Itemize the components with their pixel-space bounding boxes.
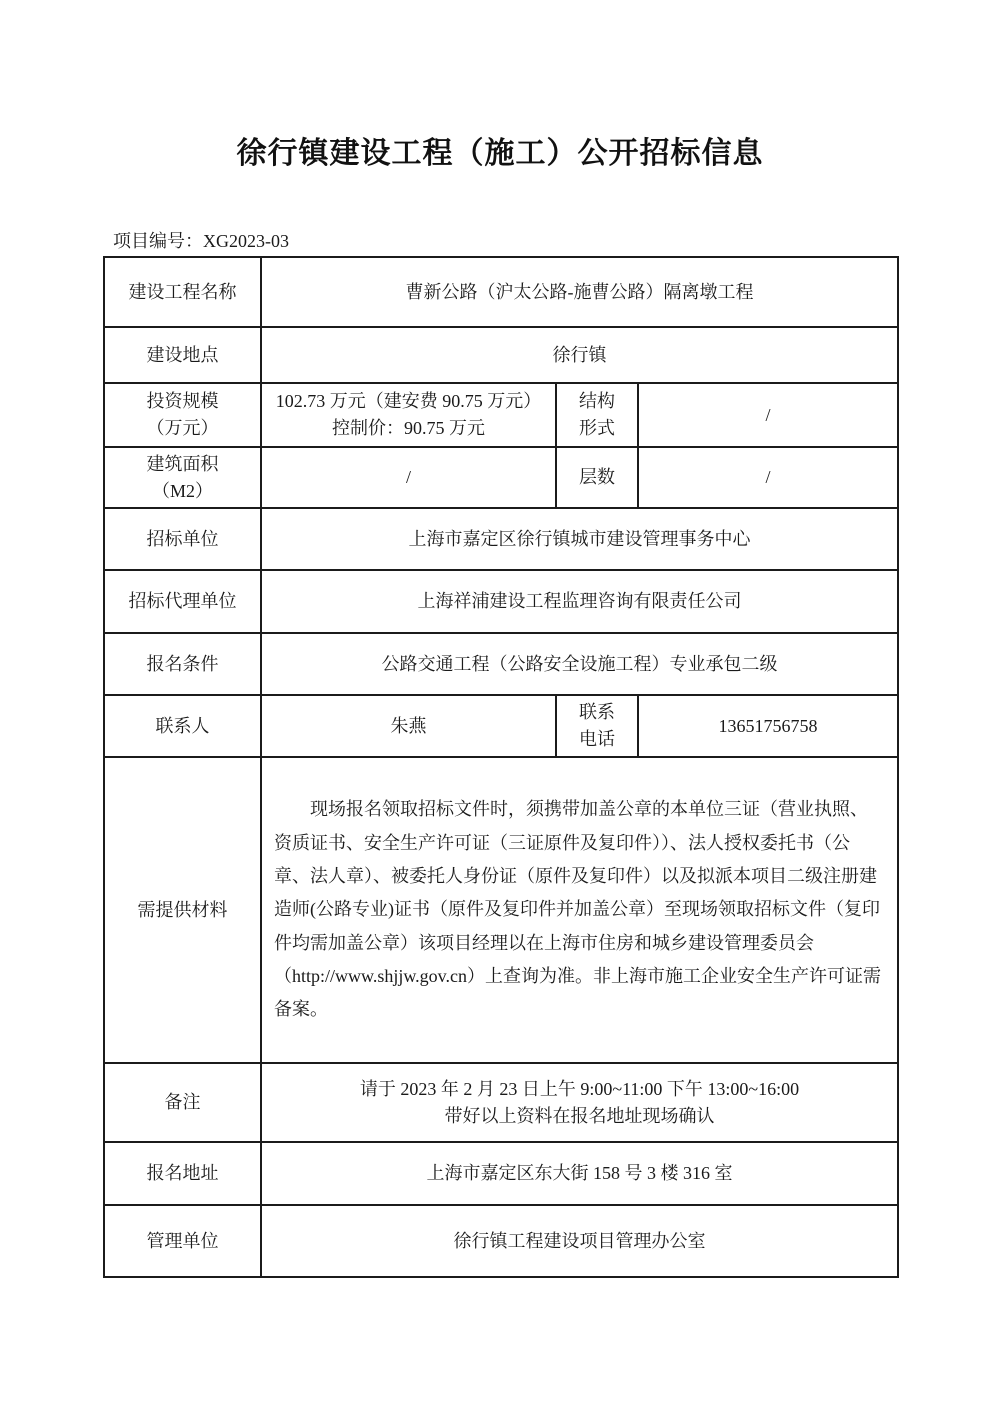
document-page: 徐行镇建设工程（施工）公开招标信息 项目编号：XG2023-03 建设工程名称 … — [0, 0, 1000, 1414]
label-floors: 层数 — [556, 447, 638, 508]
value-location: 徐行镇 — [261, 327, 898, 383]
label-structure-type: 结构 形式 — [556, 383, 638, 447]
label-management-unit: 管理单位 — [104, 1205, 261, 1277]
label-location: 建设地点 — [104, 327, 261, 383]
value-floor-area: / — [261, 447, 556, 508]
table-row-management-unit: 管理单位 徐行镇工程建设项目管理办公室 — [104, 1205, 898, 1277]
label-project-name: 建设工程名称 — [104, 257, 261, 327]
value-tendering-agency: 上海祥浦建设工程监理咨询有限责任公司 — [261, 570, 898, 633]
value-tendering-unit: 上海市嘉定区徐行镇城市建设管理事务中心 — [261, 508, 898, 570]
label-registration-condition: 报名条件 — [104, 633, 261, 695]
value-management-unit: 徐行镇工程建设项目管理办公室 — [261, 1205, 898, 1277]
required-materials-text: 现场报名领取招标文件时，须携带加盖公章的本单位三证（营业执照、资质证书、安全生产… — [274, 793, 885, 1026]
value-required-materials: 现场报名领取招标文件时，须携带加盖公章的本单位三证（营业执照、资质证书、安全生产… — [261, 757, 898, 1063]
table-row-floor-area: 建筑面积 （M2） / 层数 / — [104, 447, 898, 508]
label-remarks: 备注 — [104, 1063, 261, 1142]
label-tendering-unit: 招标单位 — [104, 508, 261, 570]
table-row-remarks: 备注 请于 2023 年 2 月 23 日上午 9:00~11:00 下午 13… — [104, 1063, 898, 1142]
label-investment: 投资规模 （万元） — [104, 383, 261, 447]
value-project-name: 曹新公路（沪太公路-施曹公路）隔离墩工程 — [261, 257, 898, 327]
label-registration-address: 报名地址 — [104, 1142, 261, 1205]
label-contact-person: 联系人 — [104, 695, 261, 757]
table-row-investment: 投资规模 （万元） 102.73 万元（建安费 90.75 万元） 控制价：90… — [104, 383, 898, 447]
table-row-location: 建设地点 徐行镇 — [104, 327, 898, 383]
table-row-required-materials: 需提供材料 现场报名领取招标文件时，须携带加盖公章的本单位三证（营业执照、资质证… — [104, 757, 898, 1063]
table-row-project-name: 建设工程名称 曹新公路（沪太公路-施曹公路）隔离墩工程 — [104, 257, 898, 327]
label-required-materials: 需提供材料 — [104, 757, 261, 1063]
value-investment: 102.73 万元（建安费 90.75 万元） 控制价：90.75 万元 — [261, 383, 556, 447]
label-contact-phone: 联系 电话 — [556, 695, 638, 757]
table-row-registration-condition: 报名条件 公路交通工程（公路安全设施工程）专业承包二级 — [104, 633, 898, 695]
value-structure-type: / — [638, 383, 898, 447]
project-number: 项目编号：XG2023-03 — [113, 227, 289, 253]
value-remarks: 请于 2023 年 2 月 23 日上午 9:00~11:00 下午 13:00… — [261, 1063, 898, 1142]
value-floors: / — [638, 447, 898, 508]
value-registration-condition: 公路交通工程（公路安全设施工程）专业承包二级 — [261, 633, 898, 695]
label-tendering-agency: 招标代理单位 — [104, 570, 261, 633]
value-contact-phone: 13651756758 — [638, 695, 898, 757]
label-floor-area: 建筑面积 （M2） — [104, 447, 261, 508]
table-row-registration-address: 报名地址 上海市嘉定区东大街 158 号 3 楼 316 室 — [104, 1142, 898, 1205]
bidding-info-table: 建设工程名称 曹新公路（沪太公路-施曹公路）隔离墩工程 建设地点 徐行镇 投资规… — [103, 256, 899, 1278]
table-row-tendering-agency: 招标代理单位 上海祥浦建设工程监理咨询有限责任公司 — [104, 570, 898, 633]
value-registration-address: 上海市嘉定区东大街 158 号 3 楼 316 室 — [261, 1142, 898, 1205]
page-title: 徐行镇建设工程（施工）公开招标信息 — [0, 0, 1000, 172]
table-row-tendering-unit: 招标单位 上海市嘉定区徐行镇城市建设管理事务中心 — [104, 508, 898, 570]
value-contact-person: 朱燕 — [261, 695, 556, 757]
table-row-contact: 联系人 朱燕 联系 电话 13651756758 — [104, 695, 898, 757]
